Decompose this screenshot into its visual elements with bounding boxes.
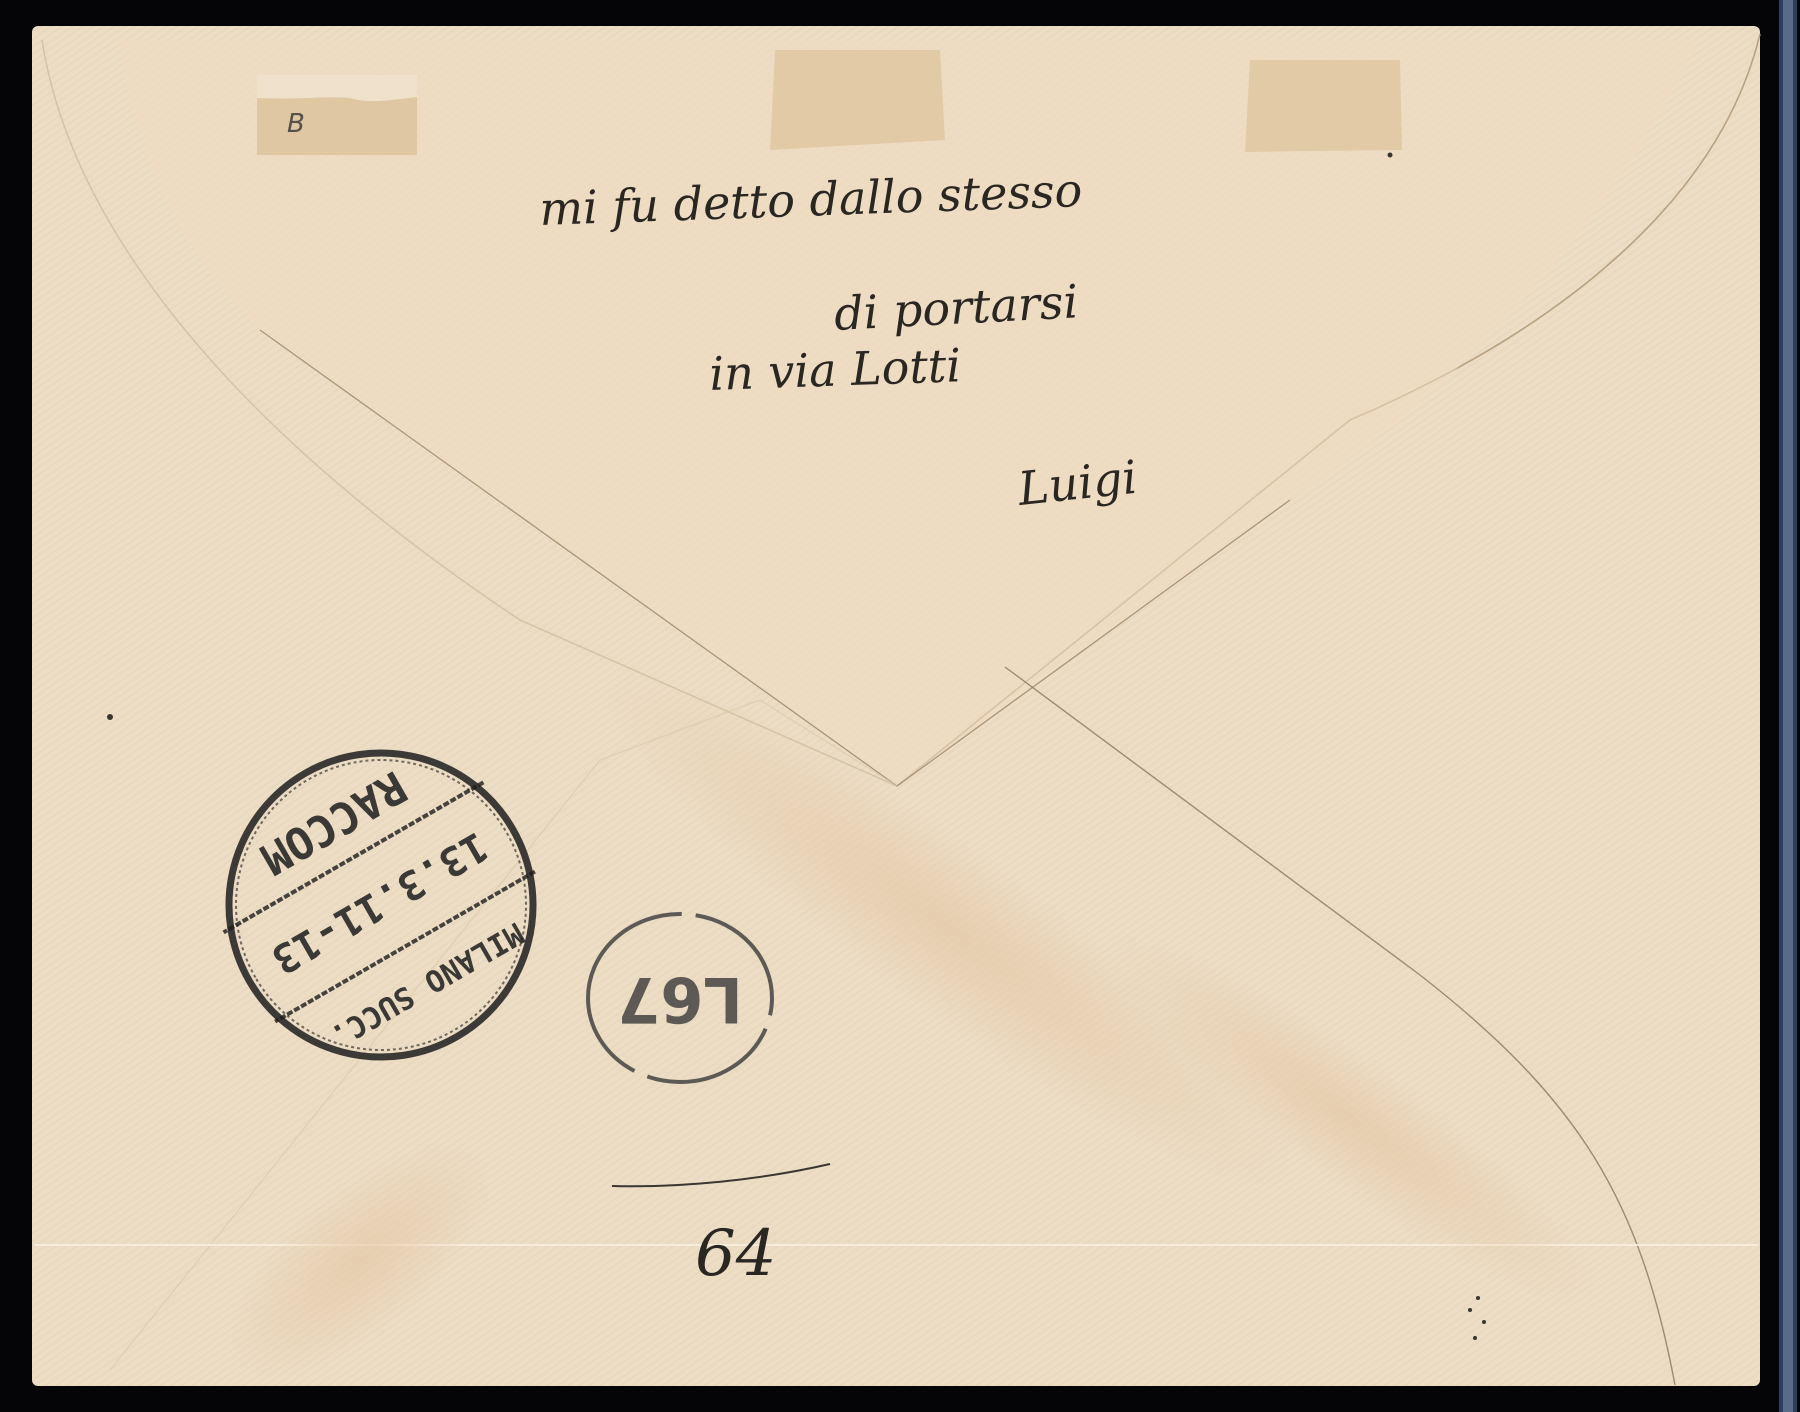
pencil-note: 64 bbox=[695, 1217, 776, 1291]
hinge-remnant-left: B bbox=[257, 75, 417, 155]
hinge-remnant-right bbox=[1245, 60, 1402, 152]
hinge-label: B bbox=[287, 109, 305, 139]
mount-strip bbox=[1779, 0, 1797, 1412]
oval-stamp-text: L67 bbox=[617, 963, 743, 1036]
envelope bbox=[32, 26, 1760, 1412]
envelope-photo: B mi fu detto dallo stesso di portarsi i… bbox=[0, 0, 1800, 1412]
hinge-remnant-middle bbox=[770, 50, 945, 150]
note-line-3: in via Lotti bbox=[708, 338, 961, 401]
